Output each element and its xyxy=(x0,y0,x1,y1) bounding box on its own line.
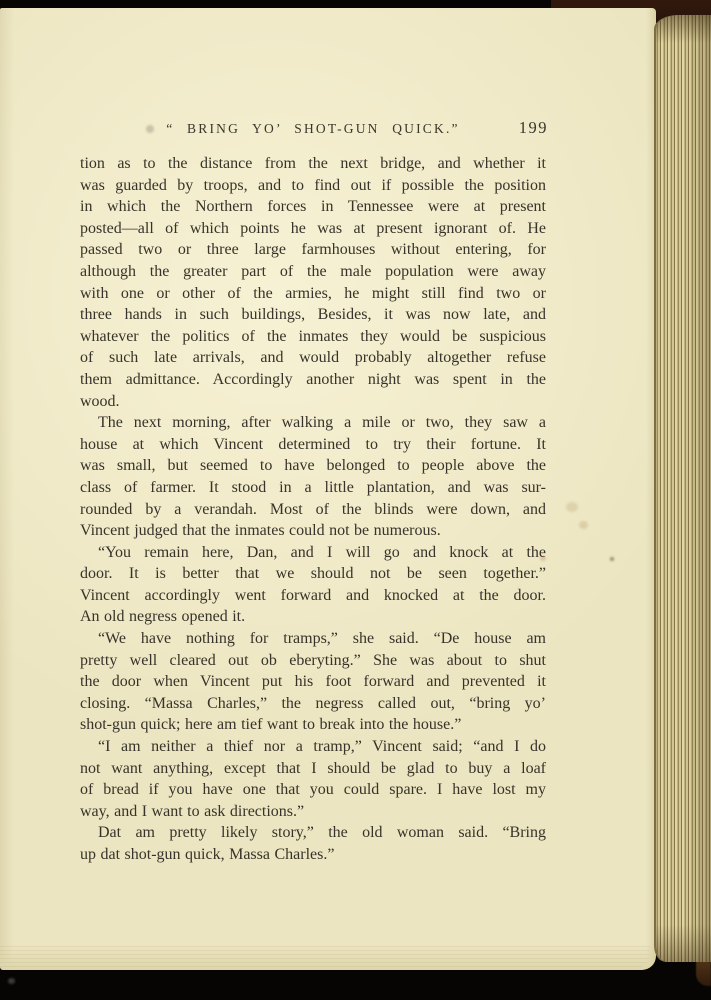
text-line: closing. “Massa Charles,” the negress ca… xyxy=(80,693,546,715)
fore-edge-page-stack xyxy=(654,15,711,962)
text-line: the door when Vincent put his foot forwa… xyxy=(80,671,546,693)
text-line: rounded by a verandah. Most of the blind… xyxy=(80,499,546,521)
text-line: The next morning, after walking a mile o… xyxy=(80,412,546,434)
text-line: Vincent accordingly went forward and kno… xyxy=(80,585,546,607)
text-line: shot-gun quick; here am tief want to bre… xyxy=(80,714,546,736)
text-line: with one or other of the armies, he migh… xyxy=(80,283,546,305)
text-line: of such late arrivals, and would probabl… xyxy=(80,347,546,369)
text-line: three hands in such buildings, Besides, … xyxy=(80,304,546,326)
text-line: wood. xyxy=(80,391,546,413)
text-line: An old negress opened it. xyxy=(80,606,546,628)
scan-speck xyxy=(146,125,154,133)
text-line: them admittance. Accordingly another nig… xyxy=(80,369,546,391)
foxing-spot xyxy=(579,521,588,529)
foxing-spot xyxy=(610,557,614,561)
text-line: tion as to the distance from the next br… xyxy=(80,153,546,175)
text-line: of bread if you have one that you could … xyxy=(80,779,546,801)
text-line: passed two or three large farmhouses wit… xyxy=(80,239,546,261)
text-line: not want anything, except that I should … xyxy=(80,758,546,780)
text-line: was guarded by troops, and to find out i… xyxy=(80,175,546,197)
text-line: posted—all of which points he was at pre… xyxy=(80,218,546,240)
text-line: Vincent judged that the inmates could no… xyxy=(80,520,546,542)
text-line: Dat am pretty likely story,” the old wom… xyxy=(80,822,546,844)
text-line: house at which Vincent determined to try… xyxy=(80,434,546,456)
scan-speck xyxy=(8,978,15,984)
foxing-spot xyxy=(540,556,546,561)
text-line: “You remain here, Dan, and I will go and… xyxy=(80,542,546,564)
text-block: tion as to the distance from the next br… xyxy=(80,153,546,866)
book-page: “ BRING YO’ SHOT-GUN QUICK.” 199 tion as… xyxy=(0,8,656,970)
text-line: “I am neither a thief nor a tramp,” Vinc… xyxy=(80,736,546,758)
text-line: door. It is better that we should not be… xyxy=(80,563,546,585)
text-line: in which the Northern forces in Tennesse… xyxy=(80,196,546,218)
text-line: “We have nothing for tramps,” she said. … xyxy=(80,628,546,650)
text-line: although the greater part of the male po… xyxy=(80,261,546,283)
text-line: pretty well cleared out ob eberyting.” S… xyxy=(80,650,546,672)
page-number: 199 xyxy=(519,118,548,138)
foxing-spot xyxy=(566,502,578,512)
text-line: whatever the politics of the inmates the… xyxy=(80,326,546,348)
text-line: class of farmer. It stood in a little pl… xyxy=(80,477,546,499)
text-line: up dat shot-gun quick, Massa Charles.” xyxy=(80,844,546,866)
text-line: way, and I want to ask directions.” xyxy=(80,801,546,823)
text-line: was small, but seemed to have belonged t… xyxy=(80,455,546,477)
